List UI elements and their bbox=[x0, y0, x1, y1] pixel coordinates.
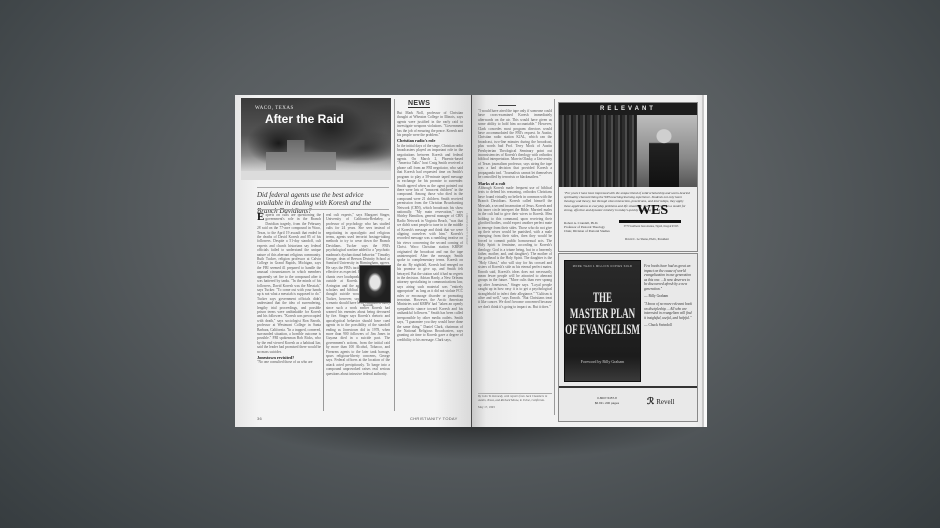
logo-bar bbox=[619, 220, 681, 223]
wes-advertisement: RELEVANT "For years I have been impresse… bbox=[558, 102, 698, 252]
blurb-attribution: — Billy Graham bbox=[644, 294, 694, 299]
column-text: Although Koresh made frequent use of bib… bbox=[478, 186, 552, 309]
title-line: THE bbox=[565, 289, 640, 305]
section-tag: NEWS bbox=[408, 100, 430, 108]
column-rule bbox=[323, 213, 324, 411]
footnote-text: By John W. Kennedy, with reports from Ja… bbox=[478, 394, 547, 402]
title-line: MASTER PLAN bbox=[565, 305, 640, 321]
blurb-text: "I know of no more relevant book on disc… bbox=[644, 302, 692, 320]
page-number: 36 bbox=[257, 416, 262, 421]
ad-signature: Robert A. Crandall, Ph.D. Professor of P… bbox=[564, 221, 610, 233]
book-isbn: 0-8007-5457-8 $6.99 • 200 pages bbox=[577, 396, 637, 405]
blurb-attribution: — Chuck Swindoll bbox=[644, 323, 694, 328]
issue-date: May 17, 1993 bbox=[478, 405, 495, 409]
book-cover: MORE THAN 1 MILLION COPIES SOLD THE MAST… bbox=[564, 260, 641, 382]
column-text: "I would have aired the tape only if som… bbox=[478, 109, 552, 179]
publisher-name: Revell bbox=[656, 398, 674, 406]
ad-address: 5775 Southwest Jean Avenue, Tigard, Oreg… bbox=[619, 225, 683, 228]
book-tagline: MORE THAN 1 MILLION COPIES SOLD bbox=[565, 265, 640, 268]
column-text: But Mark Noll, professor of Christian th… bbox=[397, 111, 463, 137]
koresh-portrait bbox=[359, 265, 391, 303]
article-headline: After the Raid bbox=[265, 112, 344, 126]
deck-rule bbox=[257, 209, 389, 210]
ad-divider bbox=[559, 386, 697, 388]
blurb-text: Few books have had as great an impact on… bbox=[644, 264, 691, 291]
ground bbox=[241, 171, 391, 180]
book-advertisement: MORE THAN 1 MILLION COPIES SOLD THE MAST… bbox=[558, 253, 698, 422]
column-text: In the initial days of the siege, Christ… bbox=[397, 144, 463, 342]
column-text: xperts on cults are questioning the gove… bbox=[257, 213, 321, 354]
side-label: CHRISTIANITY TODAY bbox=[465, 213, 469, 245]
drop-cap: E bbox=[257, 213, 264, 222]
book-title: THE MASTER PLAN OF EVANGELISM bbox=[565, 289, 640, 337]
article-deck: Did federal agents use the best advice a… bbox=[257, 191, 389, 215]
ad-president: David C. Le Shana, Ph.D., President bbox=[625, 237, 669, 241]
price-text: $6.99 • 200 pages bbox=[577, 401, 637, 406]
sig-title: Chair, Division of Pastoral Studies bbox=[564, 229, 610, 233]
library-photo bbox=[559, 115, 697, 187]
column-rule bbox=[498, 105, 516, 106]
deck-rule bbox=[257, 187, 389, 188]
wes-logo: WES bbox=[637, 203, 668, 219]
professor-figure bbox=[649, 125, 679, 187]
article-column-1: E xperts on cults are questioning the go… bbox=[257, 213, 321, 411]
book-foreword: Foreword by Billy Graham bbox=[565, 359, 640, 364]
article-column-2: real cult experts," says Margaret Singer… bbox=[326, 213, 390, 411]
ad-banner: RELEVANT bbox=[559, 103, 697, 115]
column-rule bbox=[554, 99, 555, 415]
burning-building bbox=[266, 140, 336, 170]
left-page: WACO, TEXAS After the Raid NEWS But Mark… bbox=[235, 95, 471, 427]
revell-r-icon: ℛ bbox=[647, 396, 654, 406]
running-footer: CHRISTIANITY TODAY bbox=[410, 416, 458, 421]
portrait-caption: Koresh bbox=[363, 303, 373, 307]
article-kicker: WACO, TEXAS bbox=[255, 106, 294, 111]
news-column: But Mark Noll, professor of Christian th… bbox=[397, 111, 463, 411]
fire-photo: WACO, TEXAS After the Raid bbox=[241, 98, 391, 180]
ad-quote: "For years I have been impressed with th… bbox=[564, 191, 690, 212]
right-page: "I would have aired the tape only if som… bbox=[472, 95, 707, 427]
title-line: OF EVANGELISM bbox=[565, 321, 640, 337]
byline-footnote: By John W. Kennedy, with reports from Ja… bbox=[478, 395, 548, 410]
article-column-4: "I would have aired the tape only if som… bbox=[478, 109, 552, 395]
book-blurbs: Few books have had as great an impact on… bbox=[644, 264, 694, 331]
column-text: "No one consulted those of us who are bbox=[257, 360, 312, 364]
magazine-spread: WACO, TEXAS After the Raid NEWS But Mark… bbox=[235, 95, 707, 427]
column-rule bbox=[394, 99, 395, 411]
publisher-logo: ℛRevell bbox=[647, 396, 674, 407]
